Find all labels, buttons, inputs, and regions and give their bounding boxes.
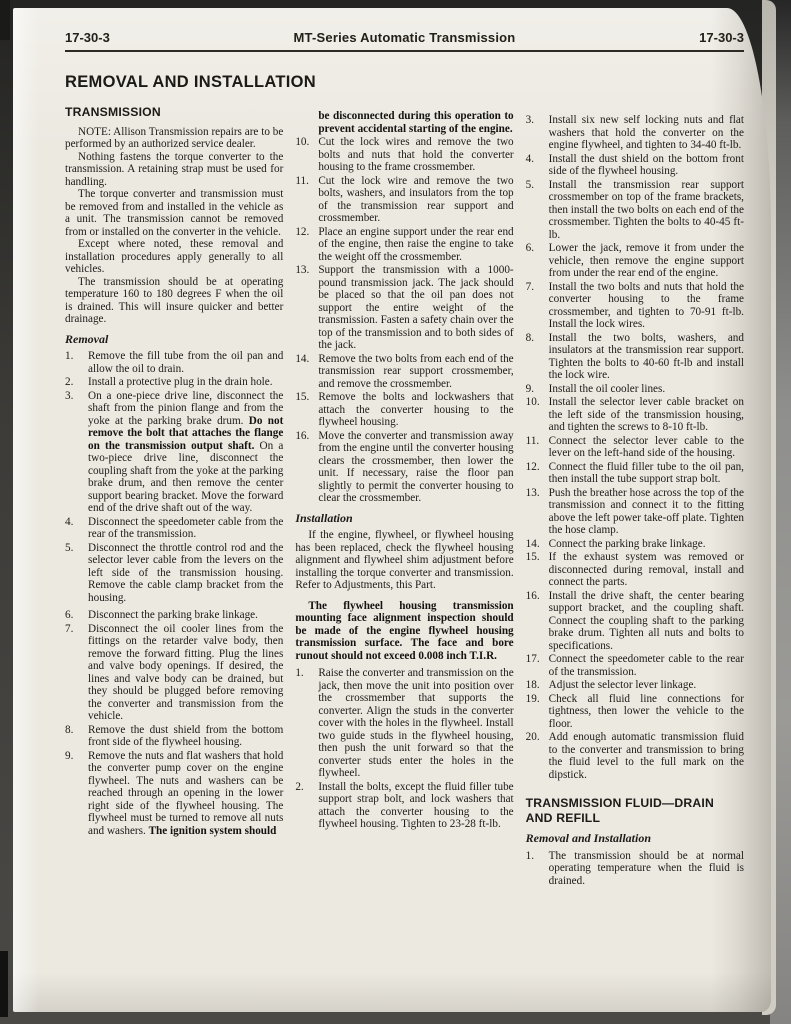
item-number: 4. (526, 153, 534, 166)
section-subheading: TRANSMISSION (65, 105, 283, 120)
item-text: Add enough automatic transmission fluid … (549, 731, 744, 781)
item-number: 7. (65, 623, 73, 636)
text-run: Install the transmission rear support cr… (549, 179, 744, 241)
page-header: 17-30-3 MT-Series Automatic Transmission… (65, 30, 744, 45)
list-item: 2.Install the bolts, except the fluid fi… (295, 781, 513, 831)
list-item: 12.Place an engine support under the rea… (295, 226, 513, 264)
list-item: 3.Install six new self locking nuts and … (526, 114, 744, 152)
item-text: Adjust the selector lever linkage. (549, 679, 744, 692)
item-text: Remove the fill tube from the oil pan an… (88, 350, 283, 375)
list-item: 15.If the exhaust system was removed or … (526, 551, 744, 589)
list-item: 13.Push the breather hose across the top… (526, 487, 744, 537)
item-text: Install the dust shield on the bottom fr… (549, 153, 744, 178)
list-item: 8.Remove the dust shield from the bottom… (65, 724, 283, 749)
item-text: Cut the lock wires and remove the two bo… (318, 136, 513, 174)
text-column-1: TRANSMISSIONNOTE: Allison Transmission r… (65, 105, 283, 888)
list-item: 7.Disconnect the oil cooler lines from t… (65, 623, 283, 723)
list-item: 18.Adjust the selector lever linkage. (526, 679, 744, 692)
item-text: Disconnect the throttle control rod and … (88, 542, 283, 605)
item-text: Connect the selector lever cable to the … (549, 435, 744, 460)
scan-artifact-bottom-left (0, 951, 8, 1017)
list-item: 6.Disconnect the parking brake linkage. (65, 609, 283, 622)
list-item: 14.Connect the parking brake linkage. (526, 538, 744, 551)
item-text: Disconnect the oil cooler lines from the… (88, 623, 283, 723)
list-item: 16.Install the drive shaft, the center b… (526, 590, 744, 653)
paragraph: If the engine, flywheel, or flywheel hou… (295, 529, 513, 592)
item-number: 15. (526, 551, 540, 564)
text-run: Move the converter and transmission away… (318, 430, 513, 505)
list-item: 1.The transmission should be at normal o… (526, 850, 744, 888)
text-run: Add enough automatic transmission fluid … (549, 731, 744, 781)
text-run: Connect the fluid filler tube to the oil… (549, 461, 744, 486)
page-number-left: 17-30-3 (65, 30, 110, 45)
list-item: 3.On a one-piece drive line, disconnect … (65, 390, 283, 515)
paragraph: The transmission should be at operating … (65, 276, 283, 326)
item-text: Connect the fluid filler tube to the oil… (549, 461, 744, 486)
item-number: 1. (65, 350, 73, 363)
item-text: Disconnect the parking brake linkage. (88, 609, 283, 622)
list-item: 19.Check all fluid line connections for … (526, 693, 744, 731)
list-item: 9.Install the oil cooler lines. (526, 383, 744, 396)
list-item: 1.Remove the fill tube from the oil pan … (65, 350, 283, 375)
list-item: 10.Install the selector lever cable brac… (526, 396, 744, 434)
list-item: 11.Cut the lock wire and remove the two … (295, 175, 513, 225)
item-number: 5. (526, 179, 534, 192)
item-number: 14. (295, 353, 309, 366)
item-text: Cut the lock wire and remove the two bol… (318, 175, 513, 225)
paragraph: The torque converter and transmission mu… (65, 188, 283, 238)
list-item: 13.Support the transmission with a 1000-… (295, 264, 513, 352)
text-run: Cut the lock wire and remove the two bol… (318, 175, 513, 225)
item-number: 6. (526, 242, 534, 255)
text-run: If the engine, flywheel, or flywheel hou… (295, 529, 513, 591)
text-run: Install the dust shield on the bottom fr… (549, 153, 744, 178)
paragraph: Except where noted, these removal and in… (65, 238, 283, 276)
text-column-2: be disconnected during this operation to… (295, 105, 513, 888)
item-number: 2. (65, 376, 73, 389)
item-text: The transmission should be at normal ope… (549, 850, 744, 888)
item-text: Remove the two bolts from each end of th… (318, 353, 513, 391)
text-run: Disconnect the parking brake linkage. (88, 609, 258, 621)
list-item: 5.Disconnect the throttle control rod an… (65, 542, 283, 605)
text-run: Connect the parking brake linkage. (549, 538, 706, 550)
list-item-continuation: be disconnected during this operation to… (295, 110, 513, 135)
text-run: Install the two bolts, washers, and insu… (549, 332, 744, 382)
text-run: Remove the bolts and lockwashers that at… (318, 391, 513, 428)
item-text: On a one-piece drive line, disconnect th… (88, 390, 283, 515)
text-run: NOTE: Allison Transmission repairs are t… (65, 126, 283, 151)
item-number: 12. (526, 461, 540, 474)
item-number: 4. (65, 516, 73, 529)
header-rule (65, 50, 744, 52)
list-item: 9.Remove the nuts and flat washers that … (65, 750, 283, 838)
text-run: Remove the fill tube from the oil pan an… (88, 350, 283, 375)
text-run: Install the selector lever cable bracket… (549, 396, 744, 433)
item-text: Install the drive shaft, the center bear… (549, 590, 744, 653)
text-run: Check all fluid line connections for tig… (549, 693, 744, 730)
item-text: Place an engine support under the rear e… (318, 226, 513, 264)
item-text: Connect the speedometer cable to the rea… (549, 653, 744, 678)
item-number: 5. (65, 542, 73, 555)
list-item: 2.Install a protective plug in the drain… (65, 376, 283, 389)
text-run: Connect the speedometer cable to the rea… (549, 653, 744, 678)
item-number: 1. (295, 667, 303, 680)
text-run: The torque converter and transmission mu… (65, 188, 283, 238)
item-number: 11. (526, 435, 540, 448)
item-number: 16. (295, 430, 309, 443)
scan-artifact-top-left (0, 0, 10, 40)
item-number: 12. (295, 226, 309, 239)
list-item: 1.Raise the converter and transmission o… (295, 667, 513, 780)
bold-text-run: The flywheel housing transmission mounti… (295, 600, 513, 662)
item-text: If the exhaust system was removed or dis… (549, 551, 744, 589)
list-item: 4.Install the dust shield on the bottom … (526, 153, 744, 178)
text-run: Nothing fastens the torque converter to … (65, 151, 283, 188)
item-text: Lower the jack, remove it from under the… (549, 242, 744, 280)
item-number: 10. (295, 136, 309, 149)
text-run: Disconnect the throttle control rod and … (88, 542, 283, 604)
paragraph: NOTE: Allison Transmission repairs are t… (65, 126, 283, 151)
text-run: Push the breather hose across the top of… (549, 487, 744, 537)
item-text: Push the breather hose across the top of… (549, 487, 744, 537)
item-number: 8. (526, 332, 534, 345)
item-number: 20. (526, 731, 540, 744)
list-item: 16.Move the converter and transmission a… (295, 430, 513, 505)
item-text: Install the bolts, except the fluid fill… (318, 781, 513, 831)
item-text: Install six new self locking nuts and fl… (549, 114, 744, 152)
text-run: Cut the lock wires and remove the two bo… (318, 136, 513, 173)
item-text: Raise the converter and transmission on … (318, 667, 513, 780)
text-run: TRANSMISSION FLUID—DRAIN AND REFILL (526, 796, 714, 825)
text-run: Install the two bolts and nuts that hold… (549, 281, 744, 331)
list-item: 12.Connect the fluid filler tube to the … (526, 461, 744, 486)
item-number: 1. (526, 850, 534, 863)
item-text: Install the selector lever cable bracket… (549, 396, 744, 434)
list-item: 5.Install the transmission rear support … (526, 179, 744, 242)
procedure-heading: Removal (65, 333, 283, 346)
text-run: Remove the two bolts from each end of th… (318, 353, 513, 390)
list-item: 15.Remove the bolts and lockwashers that… (295, 391, 513, 429)
text-run: Adjust the selector lever linkage. (549, 679, 697, 691)
text-run: Install six new self locking nuts and fl… (549, 114, 744, 151)
section-subheading: TRANSMISSION FLUID—DRAIN AND REFILL (526, 796, 744, 825)
list-item: 7.Install the two bolts and nuts that ho… (526, 281, 744, 331)
text-run: Support the transmission with a 1000-pou… (318, 264, 513, 351)
text-run: Place an engine support under the rear e… (318, 226, 513, 263)
item-number: 15. (295, 391, 309, 404)
item-number: 19. (526, 693, 540, 706)
bold-text-run: be disconnected during this operation to… (318, 110, 513, 135)
item-number: 14. (526, 538, 540, 551)
item-number: 11. (295, 175, 309, 188)
list-item: 4.Disconnect the speedometer cable from … (65, 516, 283, 541)
text-run: Removal (65, 332, 108, 346)
page-number-right: 17-30-3 (699, 30, 744, 45)
item-text: Install the two bolts, washers, and insu… (549, 332, 744, 382)
manual-page: 17-30-3 MT-Series Automatic Transmission… (13, 8, 771, 1012)
text-run: Install the oil cooler lines. (549, 383, 666, 395)
text-column-3: 3.Install six new self locking nuts and … (526, 105, 744, 888)
item-number: 3. (65, 390, 73, 403)
text-run: Disconnect the speedometer cable from th… (88, 516, 283, 541)
item-text: Install the two bolts and nuts that hold… (549, 281, 744, 331)
text-run: Install the bolts, except the fluid fill… (318, 781, 513, 831)
item-number: 13. (526, 487, 540, 500)
item-text: Support the transmission with a 1000-pou… (318, 264, 513, 352)
text-run: Connect the selector lever cable to the … (549, 435, 744, 460)
text-run: TRANSMISSION (65, 105, 161, 119)
text-run: Removal and Installation (526, 831, 651, 845)
paragraph: Nothing fastens the torque converter to … (65, 151, 283, 189)
scanned-page-scene: 17-30-3 MT-Series Automatic Transmission… (0, 0, 791, 1024)
text-run: Installation (295, 511, 352, 525)
item-number: 3. (526, 114, 534, 127)
list-item: 8.Install the two bolts, washers, and in… (526, 332, 744, 382)
procedure-heading: Removal and Installation (526, 832, 744, 845)
item-number: 9. (526, 383, 534, 396)
item-number: 18. (526, 679, 540, 692)
item-text: Install a protective plug in the drain h… (88, 376, 283, 389)
text-run: The transmission should be at normal ope… (549, 850, 744, 887)
text-run: Install a protective plug in the drain h… (88, 376, 273, 388)
item-text: Remove the nuts and flat washers that ho… (88, 750, 283, 838)
text-run: Except where noted, these removal and in… (65, 238, 283, 275)
bold-text-run: The ignition system should (149, 825, 277, 837)
item-number: 10. (526, 396, 540, 409)
item-text: Disconnect the speedometer cable from th… (88, 516, 283, 541)
text-run: Lower the jack, remove it from under the… (549, 242, 744, 279)
item-number: 17. (526, 653, 540, 666)
item-text: Move the converter and transmission away… (318, 430, 513, 505)
procedure-heading: Installation (295, 512, 513, 525)
item-text: Install the transmission rear support cr… (549, 179, 744, 242)
item-number: 8. (65, 724, 73, 737)
item-text: Install the oil cooler lines. (549, 383, 744, 396)
item-number: 2. (295, 781, 303, 794)
item-text: Remove the dust shield from the bottom f… (88, 724, 283, 749)
page-title: REMOVAL AND INSTALLATION (65, 73, 744, 92)
text-run: If the exhaust system was removed or dis… (549, 551, 744, 588)
text-run: Remove the nuts and flat washers that ho… (88, 750, 283, 837)
list-item: 6.Lower the jack, remove it from under t… (526, 242, 744, 280)
paragraph: The flywheel housing transmission mounti… (295, 600, 513, 663)
page-header-title: MT-Series Automatic Transmission (294, 30, 516, 45)
list-item: 17.Connect the speedometer cable to the … (526, 653, 744, 678)
item-number: 7. (526, 281, 534, 294)
list-item: 20.Add enough automatic transmission flu… (526, 731, 744, 781)
item-number: 13. (295, 264, 309, 277)
text-run: Disconnect the oil cooler lines from the… (88, 623, 283, 723)
item-number: 16. (526, 590, 540, 603)
list-item: 11.Connect the selector lever cable to t… (526, 435, 744, 460)
text-run: The transmission should be at operating … (65, 276, 283, 326)
item-number: 9. (65, 750, 73, 763)
item-number: 6. (65, 609, 73, 622)
text-columns: TRANSMISSIONNOTE: Allison Transmission r… (65, 105, 744, 888)
item-text: Connect the parking brake linkage. (549, 538, 744, 551)
item-text: Remove the bolts and lockwashers that at… (318, 391, 513, 429)
text-run: Remove the dust shield from the bottom f… (88, 724, 283, 749)
list-item: 14.Remove the two bolts from each end of… (295, 353, 513, 391)
list-item: 10.Cut the lock wires and remove the two… (295, 136, 513, 174)
item-text: Check all fluid line connections for tig… (549, 693, 744, 731)
text-run: Install the drive shaft, the center bear… (549, 590, 744, 652)
text-run: Raise the converter and transmission on … (318, 667, 513, 779)
